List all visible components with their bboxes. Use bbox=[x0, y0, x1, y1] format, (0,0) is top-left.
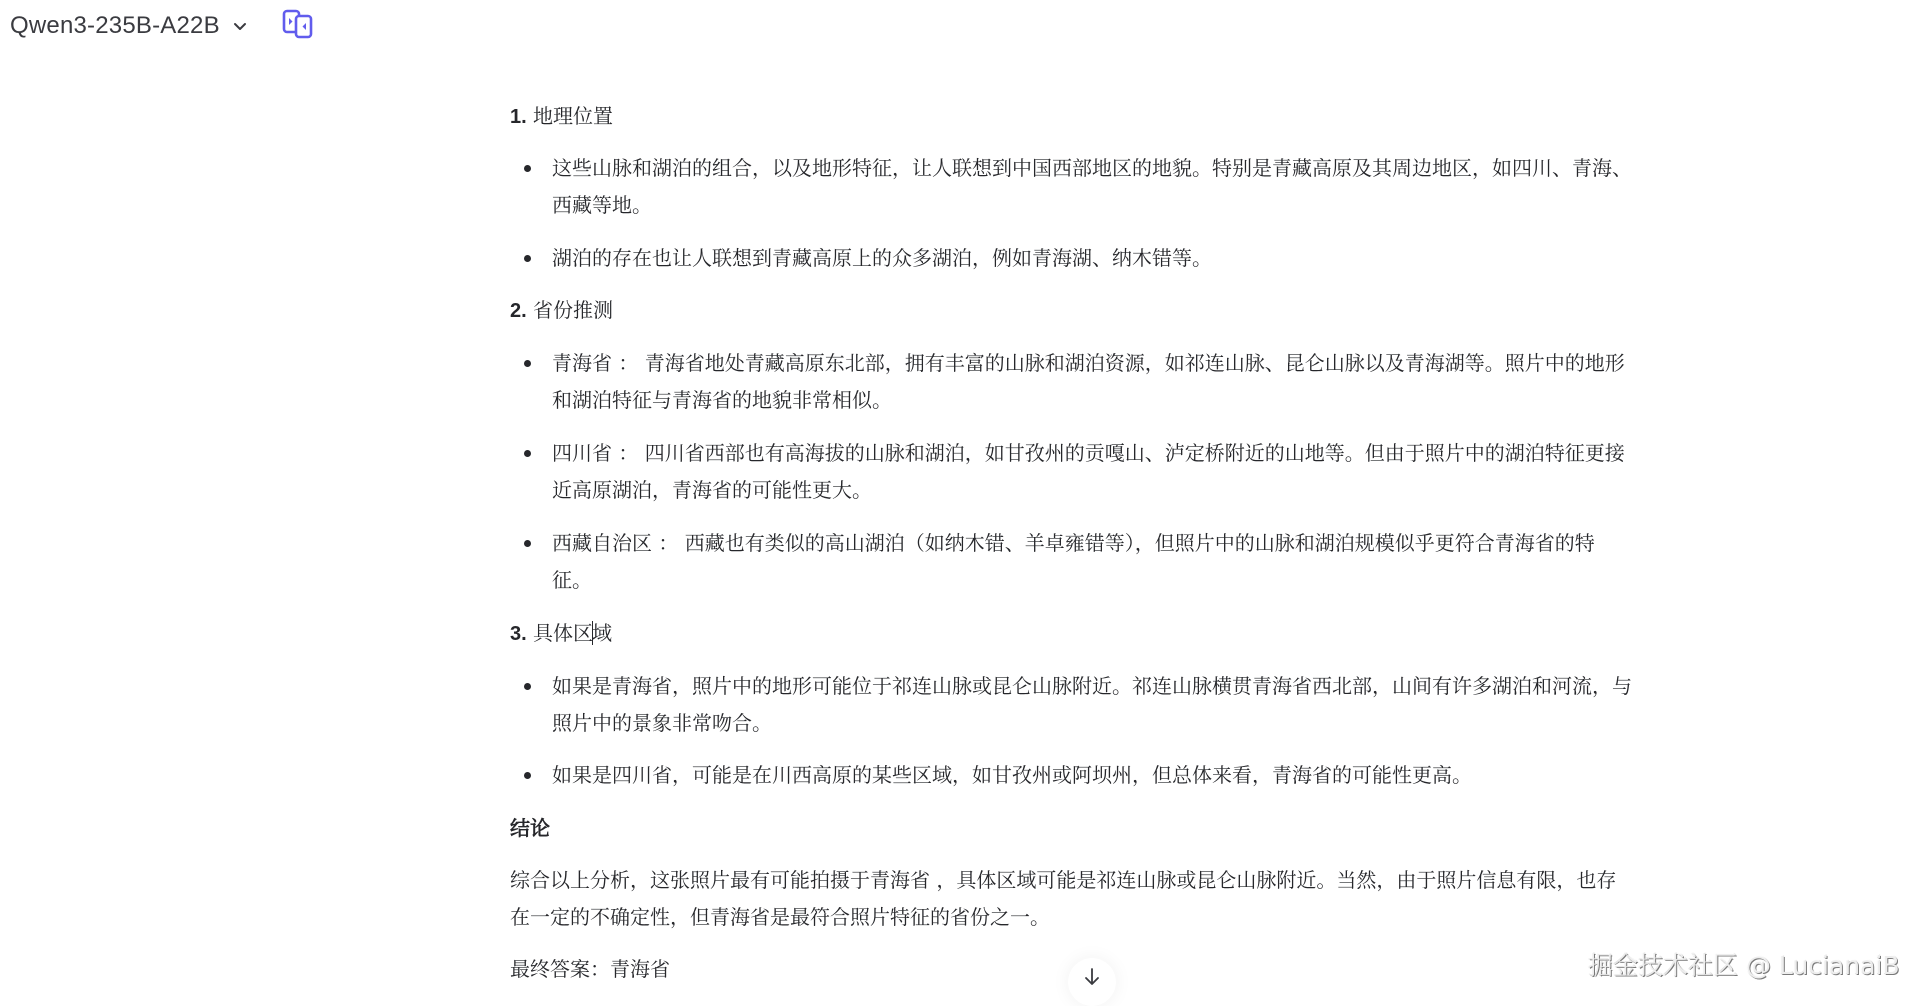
list-item: 西藏自治区 ： 西藏也有类似的高山湖泊（如纳木错、羊卓雍错等），但照片中的山脉和… bbox=[510, 525, 1725, 599]
list-item: 这些山脉和湖泊的组合，以及地形特征，让人联想到中国西部地区的地貌。特别是青藏高原… bbox=[510, 150, 1725, 224]
list-item: 如果是青海省，照片中的地形可能位于祁连山脉或昆仑山脉附近。祁连山脉横贯青海省西北… bbox=[510, 668, 1725, 742]
section-heading-province: 2. 省份推测 bbox=[510, 292, 613, 330]
list-item: 青海省 ： 青海省地处青藏高原东北部，拥有丰富的山脉和湖泊资源，如祁连山脉、昆仑… bbox=[510, 345, 1725, 419]
conclusion-paragraph: 综合以上分析，这张照片最有可能拍摄于青海省 ，具体区域可能是祁连山脉或昆仑山脉附… bbox=[510, 862, 1710, 936]
conclusion-heading: 结论 bbox=[510, 810, 550, 847]
list-item: 如果是四川省，可能是在川西高原的某些区域，如甘孜州或阿坝州，但总体来看，青海省的… bbox=[510, 757, 1725, 794]
model-name: Qwen3-235B-A22B bbox=[10, 12, 220, 40]
section-heading-region: 3. 具体区域 bbox=[510, 615, 612, 653]
watermark: 掘金技术社区 @ LucianaiB bbox=[1588, 946, 1900, 982]
model-selector-dropdown[interactable]: Qwen3-235B-A22B bbox=[10, 10, 248, 42]
chevron-down-icon bbox=[232, 18, 248, 34]
arrow-down-icon bbox=[1082, 966, 1102, 992]
list-item: 湖泊的存在也让人联想到青藏高原上的众多湖泊，例如青海湖、纳木错等。 bbox=[510, 240, 1725, 277]
scroll-to-bottom-button[interactable] bbox=[1068, 958, 1116, 1000]
compare-split-icon bbox=[281, 7, 315, 45]
top-bar: Qwen3-235B-A22B bbox=[0, 0, 1913, 54]
list-item: 四川省 ： 四川省西部也有高海拔的山脉和湖泊，如甘孜州的贡嘎山、泸定桥附近的山地… bbox=[510, 435, 1725, 509]
section-heading-geography: 1. 地理位置 bbox=[510, 98, 613, 136]
compare-models-button[interactable] bbox=[280, 8, 316, 44]
